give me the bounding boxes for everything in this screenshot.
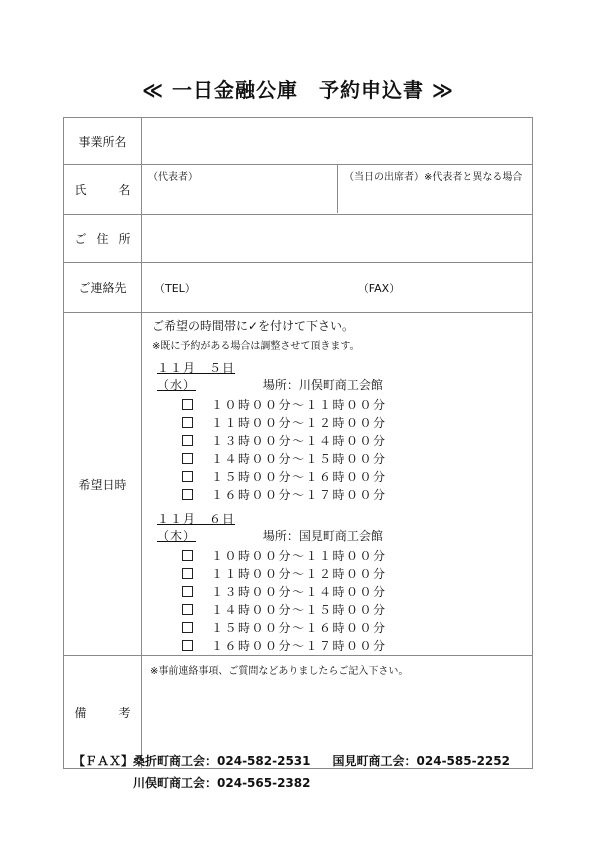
contact-fax: ：024-582-2531 <box>205 754 310 768</box>
label-char: ご <box>75 230 87 247</box>
name-cell: （代表者） （当日の出席者）※代表者と異なる場合 <box>142 165 533 215</box>
label-char: 氏 <box>75 181 87 198</box>
attendee-label: （当日の出席者）※代表者と異なる場合 <box>344 172 522 183</box>
slot-label: １４時００分～１５時００分 <box>211 603 387 617</box>
time-slot-option[interactable]: １０時００分～１１時００分 <box>182 547 532 565</box>
schedule-instruction: ご希望の時間帯に✓を付けて下さい。 <box>152 317 532 334</box>
checkbox-icon[interactable] <box>182 640 193 651</box>
fax-line-2: 川俣町商工会：024-565-2382 <box>73 772 510 794</box>
time-slot-option[interactable]: １６時００分～１７時００分 <box>182 486 532 504</box>
contact-cell: （TEL） （FAX） <box>142 263 533 313</box>
row-schedule: 希望日時 ご希望の時間帯に✓を付けて下さい。 ※既に予約がある場合は調整させて頂… <box>64 313 533 656</box>
fax-tag: 【ＦＡＸ】 <box>73 754 133 768</box>
time-slot-option[interactable]: １４時００分～１５時００分 <box>182 601 532 619</box>
tel-field[interactable]: （TEL） <box>154 280 196 296</box>
label-char: 所 <box>118 230 130 247</box>
day-date: １１月 ５日（水） <box>157 359 249 393</box>
day-heading: １１月 ６日（木） 場所：国見町商工会館 <box>157 510 532 544</box>
reservation-form: 事業所名 氏 名 （代表者） （当日の出席者）※代表者と異なる場合 ご <box>63 117 533 769</box>
checkbox-icon[interactable] <box>182 622 193 633</box>
fax-contacts: 【ＦＡＸ】桑折町商工会：024-582-2531国見町商工会：024-585-2… <box>73 750 510 794</box>
slot-label: １４時００分～１５時００分 <box>211 452 387 466</box>
attendee-field[interactable]: （当日の出席者）※代表者と異なる場合 <box>338 165 532 213</box>
contact-name: 川俣町商工会 <box>133 776 205 790</box>
slot-label: １１時００分～１２時００分 <box>211 567 387 581</box>
fax-line-1: 【ＦＡＸ】桑折町商工会：024-582-2531国見町商工会：024-585-2… <box>73 750 510 772</box>
checkbox-icon[interactable] <box>182 435 193 446</box>
contact-name: 桑折町商工会 <box>133 754 205 768</box>
contact-name: 国見町商工会 <box>333 754 405 768</box>
fax-field[interactable]: （FAX） <box>358 280 400 296</box>
slot-label: １５時００分～１６時００分 <box>211 621 387 635</box>
representative-label: （代表者） <box>148 172 198 183</box>
document-title: ≪ 一日金融公庫 予約申込書 ≫ <box>0 74 596 103</box>
slot-label: １０時００分～１１時００分 <box>211 549 387 563</box>
slot-label: １０時００分～１１時００分 <box>211 398 387 412</box>
checkbox-icon[interactable] <box>182 489 193 500</box>
day-venue: 場所：国見町商工会館 <box>263 529 383 543</box>
time-slot-option[interactable]: １５時００分～１６時００分 <box>182 619 532 637</box>
schedule-cell: ご希望の時間帯に✓を付けて下さい。 ※既に予約がある場合は調整させて頂きます。 … <box>142 313 533 656</box>
time-slot-option[interactable]: １３時００分～１４時００分 <box>182 583 532 601</box>
checkbox-icon[interactable] <box>182 568 193 579</box>
slot-label: １１時００分～１２時００分 <box>211 416 387 430</box>
label-char: 名 <box>118 181 130 198</box>
remarks-hint: ※事前連絡事項、ご質問などありましたらご記入下さい。 <box>142 656 532 683</box>
day-date: １１月 ６日（木） <box>157 510 249 544</box>
label-business-name: 事業所名 <box>64 118 142 165</box>
time-slot-option[interactable]: １３時００分～１４時００分 <box>182 432 532 450</box>
time-slot-option[interactable]: １６時００分～１７時００分 <box>182 637 532 655</box>
checkbox-icon[interactable] <box>182 417 193 428</box>
day-heading: １１月 ５日（水） 場所：川俣町商工会館 <box>157 359 532 393</box>
checkbox-icon[interactable] <box>182 399 193 410</box>
row-business-name: 事業所名 <box>64 118 533 165</box>
schedule-note: ※既に予約がある場合は調整させて頂きます。 <box>152 337 532 352</box>
slot-label: １６時００分～１７時００分 <box>211 488 387 502</box>
contact-fax: ：024-565-2382 <box>205 776 310 790</box>
checkbox-icon[interactable] <box>182 471 193 482</box>
checkbox-icon[interactable] <box>182 586 193 597</box>
slot-label: １５時００分～１６時００分 <box>211 470 387 484</box>
day-venue: 場所：川俣町商工会館 <box>263 378 383 392</box>
time-slot-option[interactable]: １０時００分～１１時００分 <box>182 396 532 414</box>
time-slot-option[interactable]: １４時００分～１５時００分 <box>182 450 532 468</box>
row-address: ご 住 所 <box>64 215 533 263</box>
time-slot-option[interactable]: １１時００分～１２時００分 <box>182 565 532 583</box>
business-name-field[interactable] <box>142 118 533 165</box>
contact-fax: ：024-585-2252 <box>405 754 510 768</box>
slot-label: １３時００分～１４時００分 <box>211 585 387 599</box>
checkbox-icon[interactable] <box>182 604 193 615</box>
label-char: 備 <box>75 704 87 721</box>
slot-label: １６時００分～１７時００分 <box>211 639 387 653</box>
label-contact: ご連絡先 <box>64 263 142 313</box>
slot-label: １３時００分～１４時００分 <box>211 434 387 448</box>
time-slot-option[interactable]: １５時００分～１６時００分 <box>182 468 532 486</box>
label-address: ご 住 所 <box>64 215 142 263</box>
checkbox-icon[interactable] <box>182 550 193 561</box>
time-slot-option[interactable]: １１時００分～１２時００分 <box>182 414 532 432</box>
address-field[interactable] <box>142 215 533 263</box>
label-char: 考 <box>118 704 130 721</box>
label-schedule: 希望日時 <box>64 313 142 656</box>
checkbox-icon[interactable] <box>182 453 193 464</box>
row-contact: ご連絡先 （TEL） （FAX） <box>64 263 533 313</box>
representative-field[interactable]: （代表者） <box>142 165 338 213</box>
label-name: 氏 名 <box>64 165 142 215</box>
label-char: 住 <box>96 230 108 247</box>
row-name: 氏 名 （代表者） （当日の出席者）※代表者と異なる場合 <box>64 165 533 215</box>
